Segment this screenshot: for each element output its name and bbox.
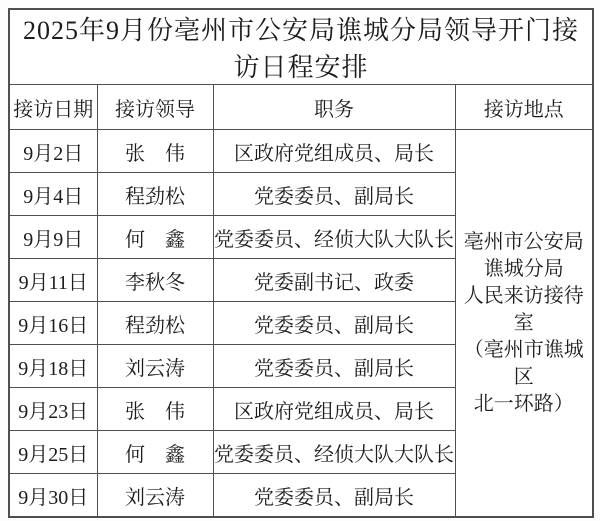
cell-leader: 张 伟 (97, 388, 213, 431)
cell-position: 党委委员、副局长 (213, 302, 455, 345)
cell-location-merged: 亳州市公安局 谯城分局 人民来访接待室 （亳州市谯城区 北一环路） (455, 130, 593, 518)
page-title: 2025年9月份亳州市公安局谯城分局领导开门接访日程安排 (9, 9, 593, 85)
cell-position: 党委委员、副局长 (213, 173, 455, 216)
cell-leader: 刘云涛 (97, 474, 213, 518)
column-header-leader: 接访领导 (97, 85, 213, 130)
cell-position: 党委委员、经侦大队大队长 (213, 431, 455, 474)
cell-position: 党委委员、副局长 (213, 474, 455, 518)
cell-leader: 何 鑫 (97, 216, 213, 259)
cell-date: 9月4日 (9, 173, 97, 216)
cell-date: 9月2日 (9, 130, 97, 173)
location-line: 亳州市公安局 (456, 229, 593, 256)
cell-leader: 李秋冬 (97, 259, 213, 302)
location-line: 北一环路） (456, 391, 593, 418)
column-header-date: 接访日期 (9, 85, 97, 130)
cell-date: 9月25日 (9, 431, 97, 474)
cell-leader: 程劲松 (97, 302, 213, 345)
title-row: 2025年9月份亳州市公安局谯城分局领导开门接访日程安排 (9, 9, 593, 85)
cell-position: 党委委员、经侦大队大队长 (213, 216, 455, 259)
cell-leader: 程劲松 (97, 173, 213, 216)
cell-position: 区政府党组成员、局长 (213, 388, 455, 431)
cell-date: 9月11日 (9, 259, 97, 302)
location-line: 人民来访接待室 (456, 283, 593, 337)
cell-date: 9月18日 (9, 345, 97, 388)
cell-position: 党委委员、副局长 (213, 345, 455, 388)
cell-leader: 刘云涛 (97, 345, 213, 388)
cell-leader: 张 伟 (97, 130, 213, 173)
location-line: （亳州市谯城区 (456, 337, 593, 391)
header-row: 接访日期 接访领导 职务 接访地点 (9, 85, 593, 130)
location-line: 谯城分局 (456, 256, 593, 283)
cell-date: 9月9日 (9, 216, 97, 259)
column-header-location: 接访地点 (455, 85, 593, 130)
table-row: 9月2日 张 伟 区政府党组成员、局长 亳州市公安局 谯城分局 人民来访接待室 … (9, 130, 593, 173)
cell-date: 9月23日 (9, 388, 97, 431)
cell-date: 9月30日 (9, 474, 97, 518)
column-header-position: 职务 (213, 85, 455, 130)
cell-position: 区政府党组成员、局长 (213, 130, 455, 173)
cell-date: 9月16日 (9, 302, 97, 345)
cell-position: 党委副书记、政委 (213, 259, 455, 302)
schedule-table: 2025年9月份亳州市公安局谯城分局领导开门接访日程安排 接访日期 接访领导 职… (8, 8, 594, 518)
cell-leader: 何 鑫 (97, 431, 213, 474)
